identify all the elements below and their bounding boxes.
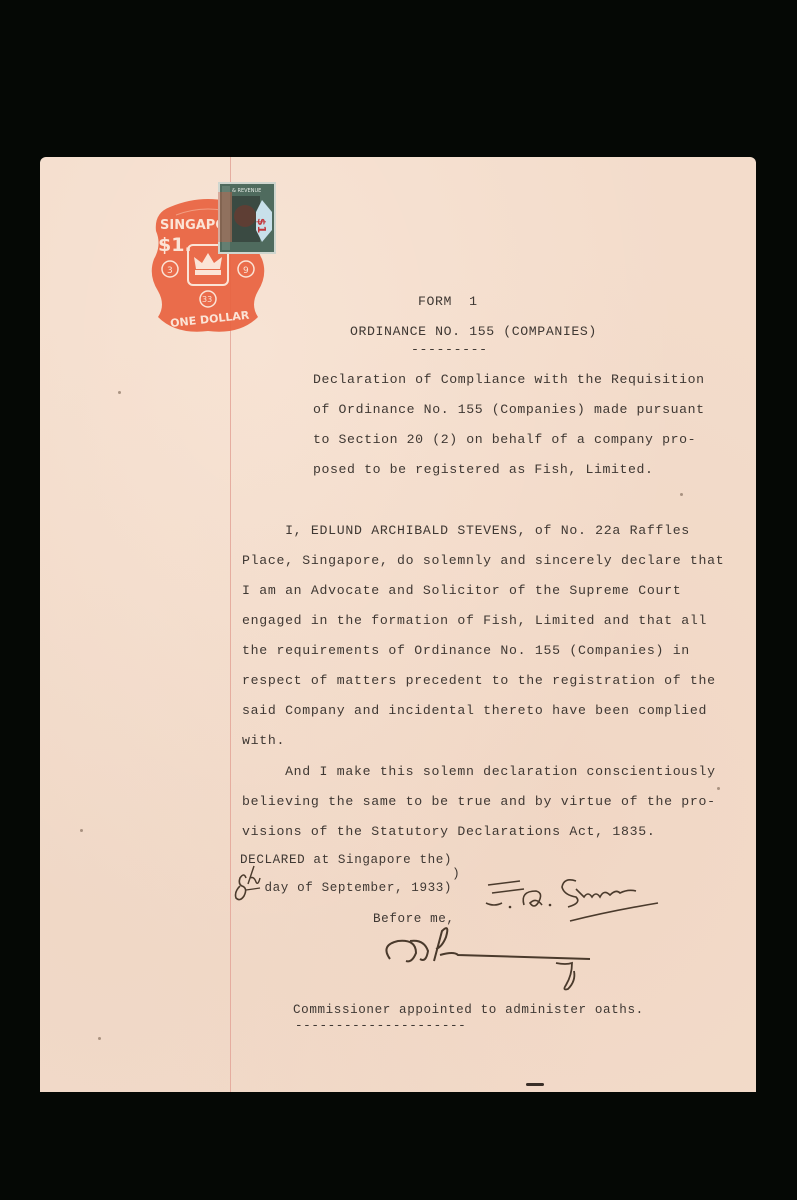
paragraph-line: the requirements of Ordinance No. 155 (C… [242, 644, 690, 657]
header-rule: --------- [411, 343, 488, 356]
paper-speck [80, 829, 83, 832]
declared-line: day of September, 1933) [240, 882, 452, 895]
commissioner-title: Commissioner appointed to administer oat… [293, 1004, 644, 1017]
commissioner-signature-icon [376, 925, 616, 995]
paragraph-line: said Company and incidental thereto have… [242, 704, 707, 717]
preamble-line: Declaration of Compliance with the Requi… [313, 373, 705, 386]
paper-speck [680, 493, 683, 496]
paper-speck [98, 1037, 101, 1040]
declared-line: DECLARED at Singapore the) [240, 854, 452, 867]
paragraph-line: And I make this solemn declaration consc… [242, 765, 716, 778]
paragraph-line: I am an Advocate and Solicitor of the Su… [242, 584, 681, 597]
declarant-signature-icon [480, 869, 680, 929]
svg-text:3: 3 [167, 266, 173, 276]
svg-text:& REVENUE: & REVENUE [232, 188, 261, 194]
svg-text:$1.: $1. [158, 234, 192, 256]
footer-rule: --------------------- [295, 1020, 466, 1033]
paragraph-line: respect of matters precedent to the regi… [242, 674, 716, 687]
paper-speck [118, 391, 121, 394]
ink-mark [526, 1083, 544, 1086]
paragraph-line: Place, Singapore, do solemnly and sincer… [242, 554, 724, 567]
paragraph-line: I, EDLUND ARCHIBALD STEVENS, of No. 22a … [242, 524, 690, 537]
svg-text:$1: $1 [255, 218, 268, 233]
preamble-line: posed to be registered as Fish, Limited. [313, 463, 654, 476]
before-me-label: Before me, [373, 913, 455, 926]
paragraph-line: visions of the Statutory Declarations Ac… [242, 825, 655, 838]
handwritten-day-icon [230, 864, 270, 904]
document-page: SINGAPORE $1. 3 9 33 ONE DOLLAR & REVENU… [40, 157, 756, 1092]
paragraph-line: believing the same to be true and by vir… [242, 795, 716, 808]
svg-text:9: 9 [243, 266, 249, 276]
preamble: Declaration of Compliance with the Requi… [313, 373, 347, 452]
declaration-paragraph: I, EDLUND ARCHIBALD STEVENS, of No. 22a … [242, 524, 276, 656]
revenue-stamp-icon: & REVENUE $1 [218, 182, 276, 254]
svg-text:33: 33 [202, 295, 212, 304]
paper-speck [717, 787, 720, 790]
declared-line: ) [240, 868, 460, 881]
paragraph-line: engaged in the formation of Fish, Limite… [242, 614, 707, 627]
paragraph-line: with. [242, 734, 285, 747]
ordinance-title: ORDINANCE NO. 155 (COMPANIES) [350, 325, 597, 338]
solemn-declaration-paragraph: And I make this solemn declaration consc… [242, 765, 276, 831]
preamble-line: to Section 20 (2) on behalf of a company… [313, 433, 696, 446]
form-number: FORM 1 [418, 295, 478, 308]
preamble-line: of Ordinance No. 155 (Companies) made pu… [313, 403, 705, 416]
